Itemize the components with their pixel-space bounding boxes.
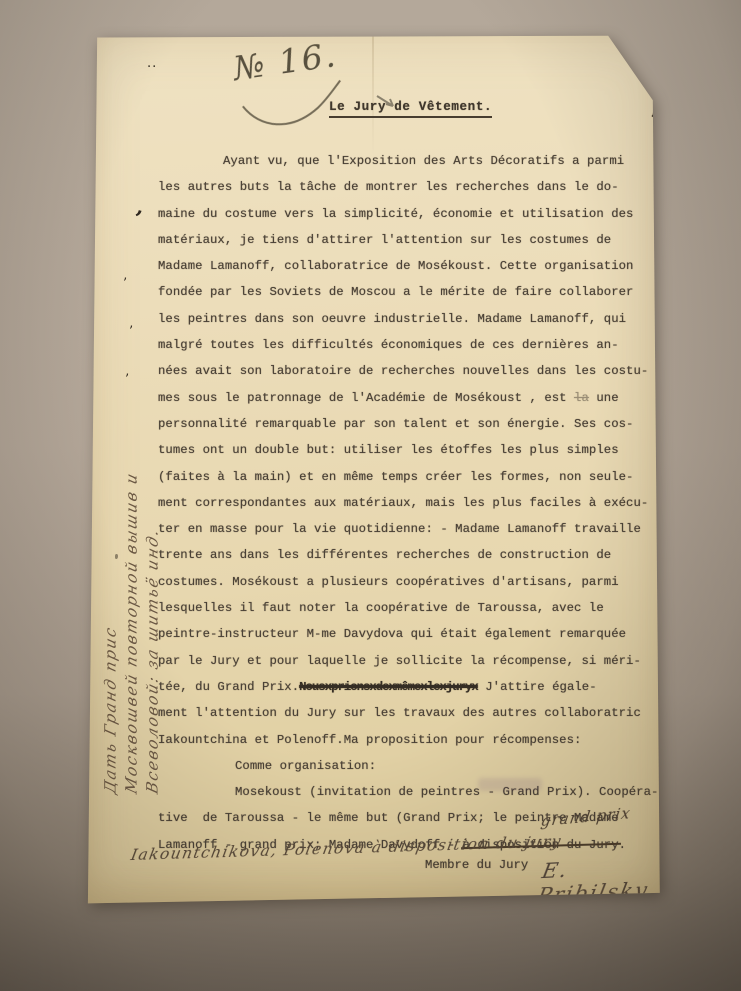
typed-line: personnalité remarquable par son talent …	[158, 411, 663, 437]
ink-comma-mark: ‚	[134, 193, 148, 220]
ink-dots-mark: ..	[147, 56, 157, 71]
document-title: Le Jury de Vêtement.	[329, 100, 492, 118]
margin-handwriting: Дать Гранд присМосквошвей повторной выши…	[101, 294, 164, 794]
typed-lines: Ayant vu, que l'Exposition des Arts Déco…	[158, 148, 663, 858]
typed-line: peintre-instructeur M-me Davydova qui ét…	[158, 621, 663, 647]
typed-line: ter en masse pour la vie quotidienne: - …	[158, 516, 663, 542]
typed-line: fondée par les Soviets de Moscou a le mé…	[158, 279, 663, 305]
typed-line: (faites à la main) et en même temps crée…	[158, 464, 663, 490]
ink-speck-1: ’	[123, 276, 127, 291]
typed-line: Iakountchina et Polenoff.Ma proposition …	[158, 727, 663, 753]
typed-line: Mosekoust (invitation de peintres - Gran…	[158, 779, 663, 805]
faint-stamp-smudge	[478, 778, 542, 791]
margin-handwriting-line: Всеволовой: за шитьё инд.	[143, 291, 164, 796]
ink-speck-2: ’	[129, 324, 133, 339]
document-paper: № 16. Le Jury de Vêtement. Ayant vu, que…	[85, 34, 665, 906]
margin-handwriting-line: Дать Гранд прис	[101, 291, 122, 796]
typed-line: trente ans dans les différentes recherch…	[158, 542, 663, 568]
typed-line: mes sous le patronnage de l'Académie de …	[158, 385, 663, 411]
typed-line: maine du costume vers la simplicité, éco…	[158, 201, 663, 227]
typed-line: Ayant vu, que l'Exposition des Arts Déco…	[158, 148, 663, 174]
typed-line: malgré toutes les difficultés économique…	[158, 332, 663, 358]
ink-speck-3: ’	[125, 372, 129, 387]
typed-line: Comme organisation:	[158, 753, 663, 779]
typed-line: nées avait son laboratoire de recherches…	[158, 358, 663, 384]
ink-speck-4: ‚	[651, 100, 657, 119]
typed-line: les peintres dans son oeuvre industriell…	[158, 306, 663, 332]
typed-line: lesquelles il faut noter la coopérative …	[158, 595, 663, 621]
typed-line: costumes. Mosékoust a plusieurs coopérat…	[158, 569, 663, 595]
typed-line: par le Jury et pour laquelle je sollicit…	[158, 648, 663, 674]
typed-line: Madame Lamanoff, collaboratrice de Mosék…	[158, 253, 663, 279]
signature: E. Pribilsky	[535, 852, 669, 907]
paper-crease	[372, 34, 374, 154]
membre-du-jury-line: Membre du Jury	[425, 858, 528, 872]
margin-handwriting-line: Москвошвей повторной вышив и	[122, 291, 143, 796]
handwritten-number-annotation: № 16.	[231, 35, 340, 88]
typed-line: ment correspondantes aux matériaux, mais…	[158, 490, 663, 516]
typed-line: tumes ont un double but: utiliser les ét…	[158, 437, 663, 463]
typed-line: matériaux, je tiens d'attirer l'attentio…	[158, 227, 663, 253]
typed-line: ment l'attention du Jury sur les travaux…	[158, 700, 663, 726]
paper-sheet: № 16. Le Jury de Vêtement. Ayant vu, que…	[85, 34, 665, 906]
typed-line: les autres buts la tâche de montrer les …	[158, 174, 663, 200]
typed-line: tée, du Grand Prix.Nousxprionsxdexmêmexl…	[158, 674, 663, 700]
